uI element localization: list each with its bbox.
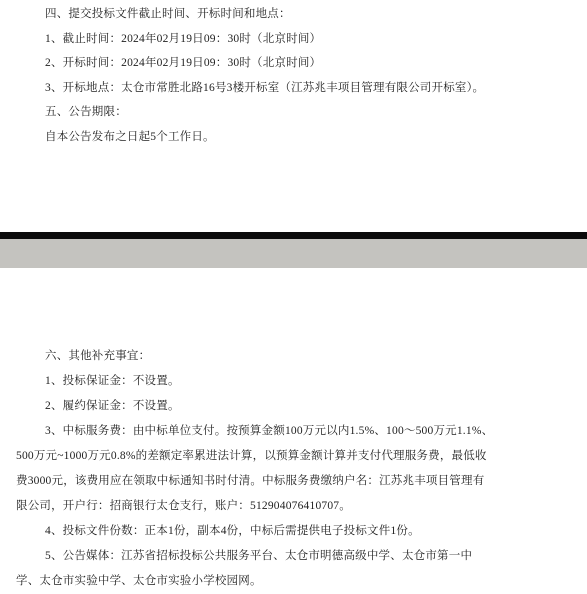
document-text-line: 3、开标地点：太仓市常胜北路16号3楼开标室（江苏兆丰项目管理有限公司开标室）。 (16, 76, 587, 101)
document-text-line: 1、投标保证金：不设置。 (16, 369, 587, 394)
document-text-line: 学、太仓市实验中学、太仓市实验小学校园网。 (16, 569, 587, 594)
document-viewer: { "meta": { "text_color": "#1f1f1f", "pa… (0, 0, 587, 594)
document-text-line: 500万元~1000万元0.8%的差额定率累进法计算，以预算金额计算并支付代理服… (16, 444, 587, 469)
document-text-line: 自本公告发布之日起5个工作日。 (16, 125, 587, 150)
document-text-line: 1、截止时间：2024年02月19日09：30时（北京时间） (16, 27, 587, 52)
document-text-line: 2、开标时间：2024年02月19日09：30时（北京时间） (16, 51, 587, 76)
document-text-line: 费3000元，该费用应在领取中标通知书时付清。中标服务费缴纳户名：江苏兆丰项目管… (16, 469, 587, 494)
document-text-line: 2、履约保证金：不设置。 (16, 394, 587, 419)
document-text-line: 六、其他补充事宜： (16, 344, 587, 369)
page-bottom-edge-bar (0, 232, 587, 239)
document-page-2: 六、其他补充事宜：1、投标保证金：不设置。2、履约保证金：不设置。3、中标服务费… (0, 268, 587, 594)
document-text-line: 限公司，开户行：招商银行太仓支行，账户：512904076410707。 (16, 494, 587, 519)
document-text-line: 4、投标文件份数：正本1份，副本4份，中标后需提供电子投标文件1份。 (16, 519, 587, 544)
page-gap-background (0, 239, 587, 268)
document-text-line: 5、公告媒体：江苏省招标投标公共服务平台、太仓市明德高级中学、太仓市第一中 (16, 544, 587, 569)
document-text-line: 3、中标服务费：由中标单位支付。按预算金额100万元以内1.5%、100～500… (16, 419, 587, 444)
document-text-line: 四、提交投标文件截止时间、开标时间和地点： (16, 2, 587, 27)
document-page-1: 四、提交投标文件截止时间、开标时间和地点：1、截止时间：2024年02月19日0… (0, 0, 587, 232)
page-2-text-block: 六、其他补充事宜：1、投标保证金：不设置。2、履约保证金：不设置。3、中标服务费… (16, 344, 587, 594)
page-1-text-block: 四、提交投标文件截止时间、开标时间和地点：1、截止时间：2024年02月19日0… (16, 2, 587, 150)
document-text-line: 五、公告期限： (16, 100, 587, 125)
